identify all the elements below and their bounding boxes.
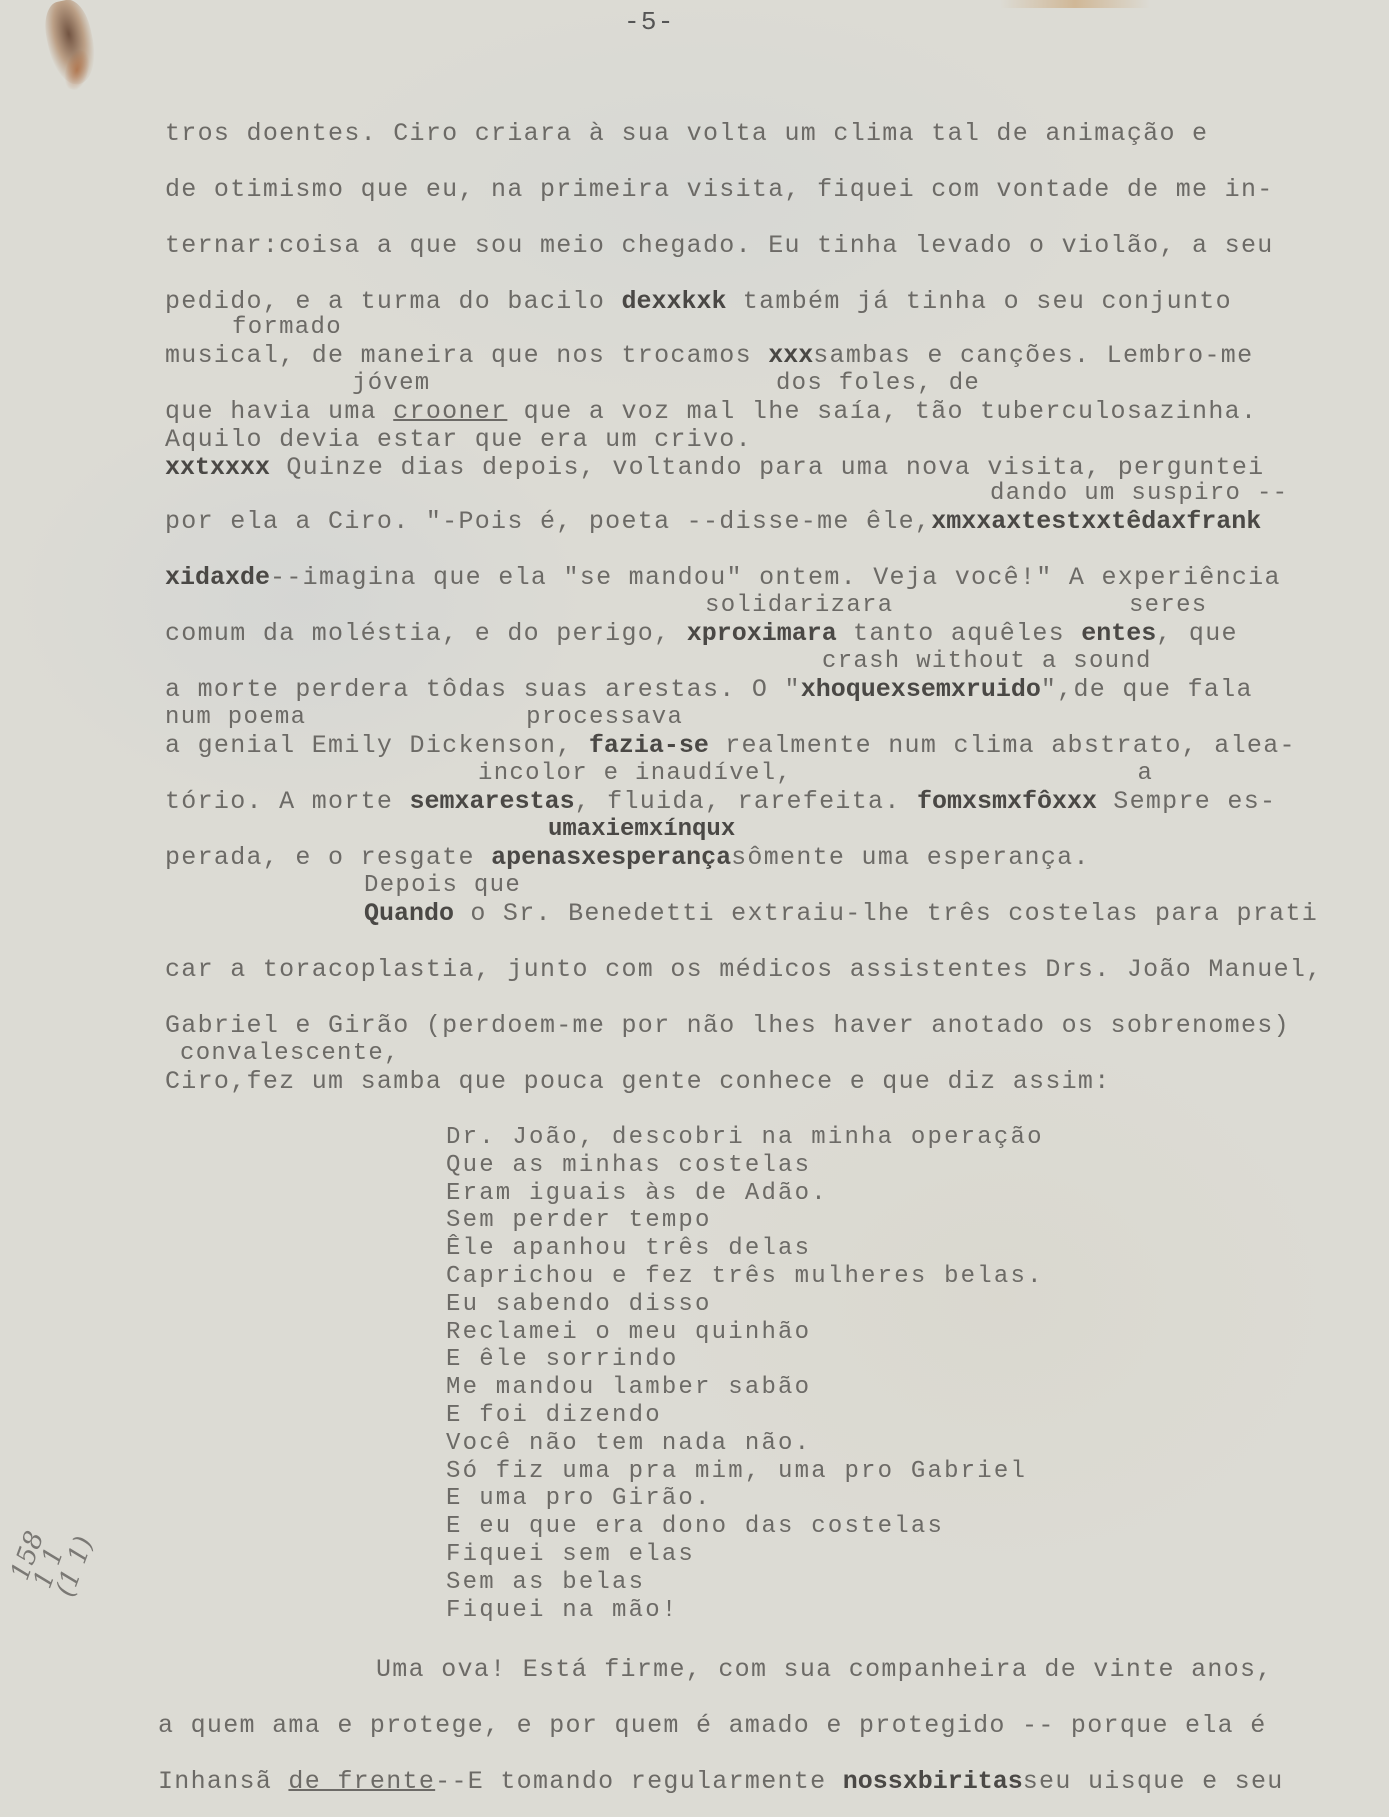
interlinear-insertion: incolor e inaudível, a	[478, 760, 1153, 788]
text-line: Gabriel e Girão (perdoem-me por não lhes…	[165, 1012, 1290, 1040]
interlinear-insertion: solidarizara seres	[705, 592, 1207, 620]
underlined-phrase: de frente	[288, 1767, 435, 1796]
verse-line: E eu que era dono das costelas	[446, 1513, 944, 1541]
line-text: incolor e inaudível, a	[478, 760, 1153, 787]
text-line: a quem ama e protege, e por quem é amado…	[158, 1712, 1267, 1740]
struck-out-text: xhoquexsemxruido	[801, 675, 1041, 704]
line-text: por ela a Ciro. "-Pois é, poeta --disse-…	[165, 507, 931, 536]
line-text: Aquilo devia estar que era um crivo.	[165, 425, 752, 454]
underlined-word: crooner	[393, 397, 507, 426]
line-text: que havia uma	[165, 397, 393, 426]
line-text: Depois que	[364, 872, 521, 899]
verse-line: Reclamei o meu quinhão	[446, 1319, 811, 1347]
verse-line: Você não tem nada não.	[446, 1430, 811, 1458]
struck-out-text: fomxsmxfôxxx	[917, 787, 1097, 816]
interlinear-insertion: convalescente,	[180, 1040, 400, 1068]
struck-out-text: umaxiemxínqux	[548, 816, 735, 843]
line-text: crash without a sound	[822, 648, 1152, 675]
line-text: realmente num clima abstrato, alea-	[709, 731, 1296, 760]
line-text: ",de que fala	[1041, 675, 1253, 704]
line-text: , fluida, rarefeita.	[575, 787, 917, 816]
text-line: perada, e o resgate apenasxesperançasôme…	[165, 844, 1090, 872]
struck-out-text: xxx	[768, 341, 813, 370]
line-text: o Sr. Benedetti extraiu-lhe três costela…	[454, 899, 1318, 928]
text-line: comum da moléstia, e do perigo, xproxima…	[165, 620, 1238, 648]
page-number: -5-	[624, 8, 675, 36]
struck-out-text: Quando	[364, 899, 454, 928]
line-text: ternar:coisa a que sou meio chegado. Eu …	[165, 231, 1274, 260]
text-line: tros doentes. Ciro criara à sua volta um…	[165, 120, 1208, 148]
line-text: tros doentes. Ciro criara à sua volta um…	[165, 119, 1208, 148]
text-line: musical, de maneira que nos trocamos xxx…	[165, 342, 1253, 370]
line-text: comum da moléstia, e do perigo,	[165, 619, 687, 648]
interlinear-insertion: umaxiemxínqux	[548, 816, 735, 844]
line-text: Quinze dias depois, voltando para uma no…	[270, 453, 1264, 482]
line-text: pedido, e a turma do bacilo	[165, 287, 621, 316]
text-line: pedido, e a turma do bacilo dexxkxk tamb…	[165, 288, 1232, 316]
struck-out-text: xmxxaxtestxxtêdaxfrank	[931, 507, 1261, 536]
verse-line: Sem perder tempo	[446, 1207, 712, 1235]
struck-out-text: apenasxesperança	[491, 843, 731, 872]
text-line: a morte perdera tôdas suas arestas. O "x…	[165, 676, 1253, 704]
struck-out-text: dexxkxk	[621, 287, 726, 316]
line-text: Ciro,fez um samba que pouca gente conhec…	[165, 1067, 1111, 1096]
line-text: a genial Emily Dickenson,	[165, 731, 589, 760]
line-text: também já tinha o seu conjunto	[727, 287, 1232, 316]
verse-line: E uma pro Girão.	[446, 1485, 712, 1513]
text-line: que havia uma crooner que a voz mal lhe …	[165, 398, 1257, 426]
line-text: --imagina que ela "se mandou" ontem. Vej…	[270, 563, 1281, 592]
struck-out-text: xidaxde	[165, 563, 270, 592]
verse-line: Eu sabendo disso	[446, 1291, 712, 1319]
verse-line: Êle apanhou três delas	[446, 1235, 811, 1263]
typewritten-page: -5- tros doentes. Ciro criara à sua volt…	[0, 0, 1389, 1817]
text-line: Uma ova! Está firme, com sua companheira…	[376, 1656, 1273, 1684]
verse-line: E êle sorrindo	[446, 1346, 678, 1374]
text-line: car a toracoplastia, junto com os médico…	[165, 956, 1322, 984]
line-text: musical, de maneira que nos trocamos	[165, 341, 768, 370]
interlinear-insertion: jóvem dos foles, de	[352, 370, 980, 398]
struck-out-text: xxtxxxx	[165, 453, 270, 482]
verse-line: Fiquei sem elas	[446, 1541, 695, 1569]
text-line: Quando o Sr. Benedetti extraiu-lhe três …	[364, 900, 1318, 928]
interlinear-insertion: dando um suspiro --	[990, 480, 1288, 508]
interlinear-insertion: num poema processava	[165, 704, 683, 732]
struck-out-text: nossxbiritas	[843, 1767, 1023, 1796]
verse-line: Dr. João, descobri na minha operação	[446, 1124, 1044, 1152]
line-text: --E tomando regularmente	[435, 1767, 843, 1796]
handwritten-margin-note: 158 1 1 (1 1)	[8, 1517, 97, 1600]
text-line: de otimismo que eu, na primeira visita, …	[165, 176, 1274, 204]
line-text: , que	[1156, 619, 1238, 648]
line-text: tanto aquêles	[837, 619, 1082, 648]
interlinear-insertion: crash without a sound	[822, 648, 1152, 676]
verse-line: Me mandou lamber sabão	[446, 1374, 811, 1402]
struck-out-text: semxarestas	[410, 787, 575, 816]
line-text: de otimismo que eu, na primeira visita, …	[165, 175, 1274, 204]
line-text: formado	[232, 314, 342, 341]
text-line: xxtxxxx Quinze dias depois, voltando par…	[165, 454, 1264, 482]
struck-out-text: entes	[1081, 619, 1156, 648]
struck-out-text: xproximara	[687, 619, 837, 648]
line-text: perada, e o resgate	[165, 843, 491, 872]
line-text: num poema processava	[165, 704, 683, 731]
text-line: Inhansã de frente--E tomando regularment…	[158, 1768, 1284, 1796]
line-text: car a toracoplastia, junto com os médico…	[165, 955, 1322, 984]
line-text: solidarizara seres	[705, 592, 1207, 619]
line-text: tório. A morte	[165, 787, 410, 816]
text-line: tório. A morte semxarestas, fluida, rare…	[165, 788, 1276, 816]
verse-line: Sem as belas	[446, 1569, 645, 1597]
line-text: Gabriel e Girão (perdoem-me por não lhes…	[165, 1011, 1290, 1040]
text-line: Aquilo devia estar que era um crivo.	[165, 426, 752, 454]
text-line: Ciro,fez um samba que pouca gente conhec…	[165, 1068, 1111, 1096]
edge-stain	[1000, 0, 1150, 8]
line-text: sambas e canções. Lembro-me	[813, 341, 1253, 370]
interlinear-insertion: formado	[232, 314, 342, 342]
line-text: convalescente,	[180, 1040, 400, 1067]
line-text: seu uisque e seu	[1023, 1767, 1284, 1796]
text-line: por ela a Ciro. "-Pois é, poeta --disse-…	[165, 508, 1261, 536]
verse-line: Só fiz uma pra mim, uma pro Gabriel	[446, 1458, 1027, 1486]
line-text: jóvem dos foles, de	[352, 370, 980, 397]
line-text: Sempre es-	[1097, 787, 1276, 816]
text-line: ternar:coisa a que sou meio chegado. Eu …	[165, 232, 1274, 260]
verse-line: E foi dizendo	[446, 1402, 662, 1430]
text-line: a genial Emily Dickenson, fazia-se realm…	[165, 732, 1296, 760]
interlinear-insertion: Depois que	[364, 872, 521, 900]
verse-line: Fiquei na mão!	[446, 1597, 678, 1625]
line-text: a morte perdera tôdas suas arestas. O "	[165, 675, 801, 704]
line-text: sômente uma esperança.	[731, 843, 1090, 872]
text-line: xidaxde--imagina que ela "se mandou" ont…	[165, 564, 1281, 592]
line-text: que a voz mal lhe saía, tão tuberculosaz…	[507, 397, 1257, 426]
verse-line: Que as minhas costelas	[446, 1152, 811, 1180]
struck-out-text: fazia-se	[589, 731, 709, 760]
verse-line: Caprichou e fez três mulheres belas.	[446, 1263, 1044, 1291]
line-text: Inhansã	[158, 1767, 288, 1796]
line-text: dando um suspiro --	[990, 480, 1288, 507]
verse-line: Eram iguais às de Adão.	[446, 1180, 828, 1208]
